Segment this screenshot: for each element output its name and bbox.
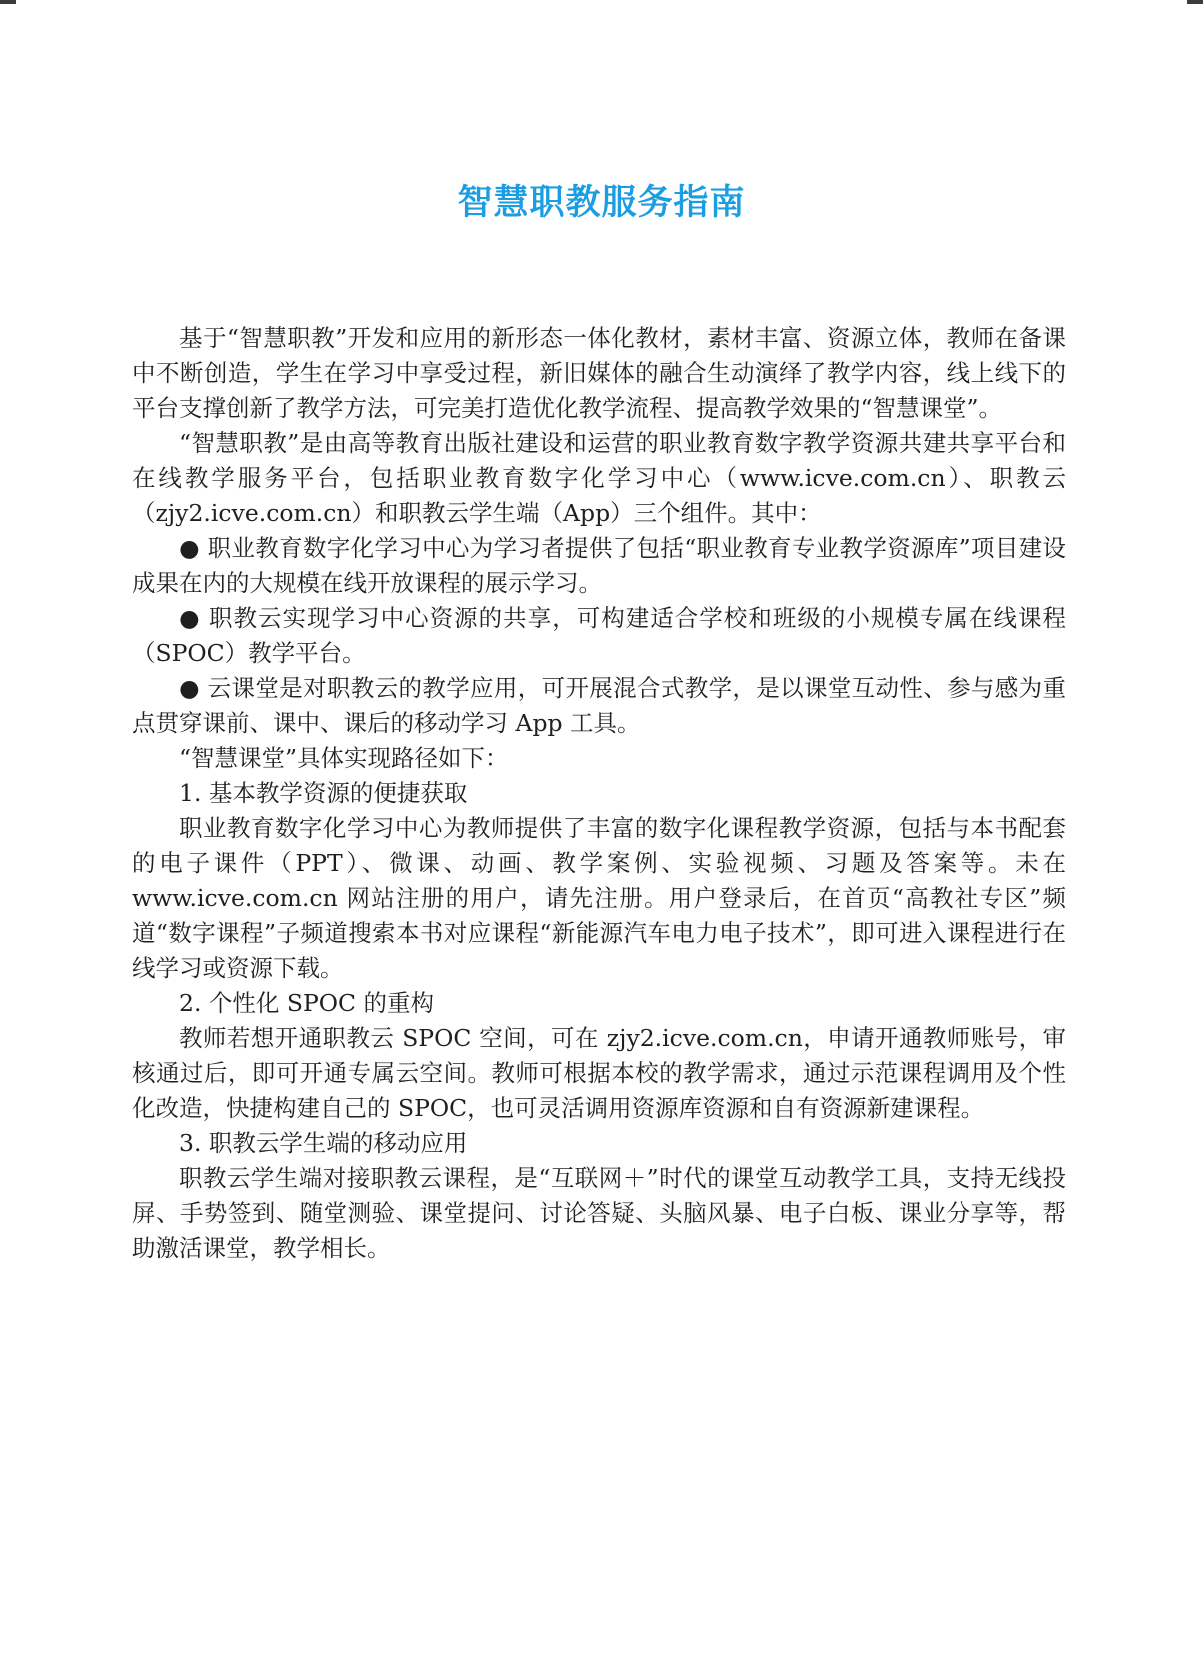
paragraph-intro: 基于“智慧职教”开发和应用的新形态一体化教材，素材丰富、资源立体，教师在备课中不… <box>132 321 1066 426</box>
scan-artifact-top-left <box>0 0 16 4</box>
bullet-item-learning-center: ● 职业教育数字化学习中心为学习者提供了包括“职业教育专业教学资源库”项目建设成… <box>132 531 1066 601</box>
book-page: 智慧职教服务指南 基于“智慧职教”开发和应用的新形态一体化教材，素材丰富、资源立… <box>0 0 1203 1675</box>
heading-item-1: 1. 基本教学资源的便捷获取 <box>132 776 1066 811</box>
page-title: 智慧职教服务指南 <box>0 181 1203 225</box>
paragraph-path-lead-in: “智慧课堂”具体实现路径如下： <box>132 741 1066 776</box>
scan-artifact-top-right <box>1187 0 1203 4</box>
paragraph-spoc: 教师若想开通职教云 SPOC 空间，可在 zjy2.icve.com.cn，申请… <box>132 1021 1066 1126</box>
bullet-item-yunketang: ● 云课堂是对职教云的教学应用，可开展混合式教学，是以课堂互动性、参与感为重点贯… <box>132 671 1066 741</box>
document-body: 基于“智慧职教”开发和应用的新形态一体化教材，素材丰富、资源立体，教师在备课中不… <box>132 321 1066 1266</box>
heading-item-2: 2. 个性化 SPOC 的重构 <box>132 986 1066 1021</box>
heading-item-3: 3. 职教云学生端的移动应用 <box>132 1126 1066 1161</box>
paragraph-platform-overview: “智慧职教”是由高等教育出版社建设和运营的职业教育数字教学资源共建共享平台和在线… <box>132 426 1066 531</box>
paragraph-student-app: 职教云学生端对接职教云课程，是“互联网＋”时代的课堂互动教学工具，支持无线投屏、… <box>132 1161 1066 1266</box>
paragraph-resources: 职业教育数字化学习中心为教师提供了丰富的数字化课程教学资源，包括与本书配套的电子… <box>132 811 1066 986</box>
bullet-item-zhijiaoyun: ● 职教云实现学习中心资源的共享，可构建适合学校和班级的小规模专属在线课程（SP… <box>132 601 1066 671</box>
